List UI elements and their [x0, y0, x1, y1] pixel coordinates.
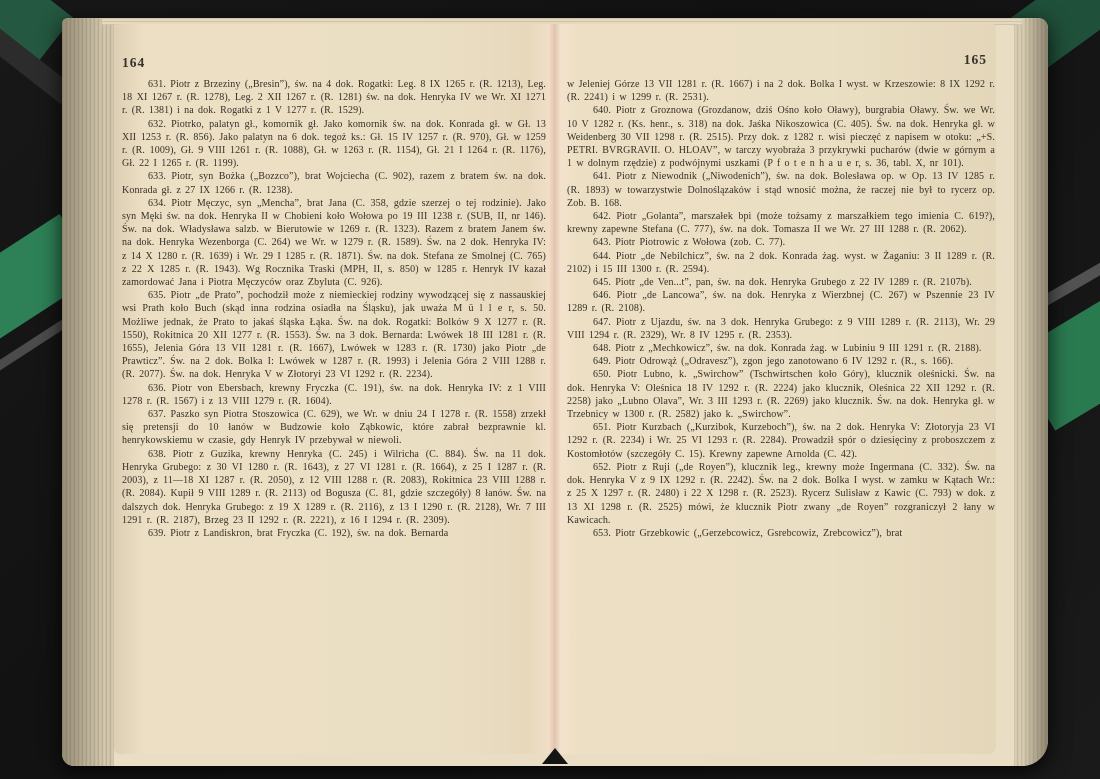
entry-639: 639. Piotr z Landiskron, brat Fryczka (C… — [122, 527, 546, 540]
entry-637: 637. Paszko syn Piotra Stoszowica (C. 62… — [122, 408, 546, 448]
gutter-bottom-notch — [542, 748, 568, 764]
page-right: 165 w Jeleniej Górze 13 VII 1281 r. (R. … — [555, 24, 996, 754]
entry-636: 636. Piotr von Ebersbach, krewny Fryczka… — [122, 382, 546, 408]
entry-632: 632. Piotrko, palatyn gł., komornik gł. … — [122, 118, 546, 171]
page-number-left: 164 — [122, 55, 145, 71]
entry-640: 640. Piotr z Groznowa (Grozdanow, dziś O… — [567, 104, 995, 170]
open-book: 164 631. Piotr z Brzeziny („Bresin”), św… — [62, 18, 1048, 766]
entry-647: 647. Piotr z Ujazdu, św. na 3 dok. Henry… — [567, 316, 995, 342]
page-left-text: 631. Piotr z Brzeziny („Bresin”), św. na… — [122, 78, 546, 540]
entry-631: 631. Piotr z Brzeziny („Bresin”), św. na… — [122, 78, 546, 118]
entry-644: 644. Piotr „de Nebilchicz”, św. na 2 dok… — [567, 250, 995, 276]
page-stack-edge-right — [1014, 18, 1048, 766]
entry-652: 652. Piotr z Ruji („de Royen”), klucznik… — [567, 461, 995, 527]
page-right-text: w Jeleniej Górze 13 VII 1281 r. (R. 1667… — [567, 78, 995, 540]
entry-645: 645. Piotr „de Ven...t”, pan, św. na dok… — [567, 276, 995, 289]
entry-641: 641. Piotr z Niewodnik („Niwodenich”), ś… — [567, 170, 995, 210]
entry-635: 635. Piotr „de Prato”, pochodził może z … — [122, 289, 546, 381]
entry-649: 649. Piotr Odrowąż („Odravesz”), zgon je… — [567, 355, 995, 368]
entry-633: 633. Piotr, syn Bożka („Bozzco”), brat W… — [122, 170, 546, 196]
page-number-right: 165 — [964, 52, 987, 68]
book-gutter — [549, 24, 561, 754]
page-stack-edge-left — [62, 18, 114, 766]
entry-638: 638. Piotr z Guzika, krewny Henryka (C. … — [122, 448, 546, 527]
book-photo-scene: 164 631. Piotr z Brzeziny („Bresin”), św… — [0, 0, 1100, 779]
page-left: 164 631. Piotr z Brzeziny („Bresin”), św… — [114, 24, 555, 754]
entry-634: 634. Piotr Męczyc, syn „Mencha”, brat Ja… — [122, 197, 546, 289]
entry-646: 646. Piotr „de Lancowa”, św. na dok. Hen… — [567, 289, 995, 315]
entry-643: 643. Piotr Piotrowic z Wołowa (zob. C. 7… — [567, 236, 995, 249]
entry-650: 650. Piotr Lubno, k. „Swirchow” (Tschwir… — [567, 368, 995, 421]
entry-648: 648. Piotr z „Mechkowicz”, św. na dok. K… — [567, 342, 995, 355]
entry-639-continuation: w Jeleniej Górze 13 VII 1281 r. (R. 1667… — [567, 78, 995, 104]
entry-651: 651. Piotr Kurzbach („Kurzibok, Kurzeboc… — [567, 421, 995, 461]
entry-653: 653. Piotr Grzebkowic („Gerzebcowicz, Gs… — [567, 527, 995, 540]
entry-642: 642. Piotr „Golanta”, marszałek bpi (moż… — [567, 210, 995, 236]
